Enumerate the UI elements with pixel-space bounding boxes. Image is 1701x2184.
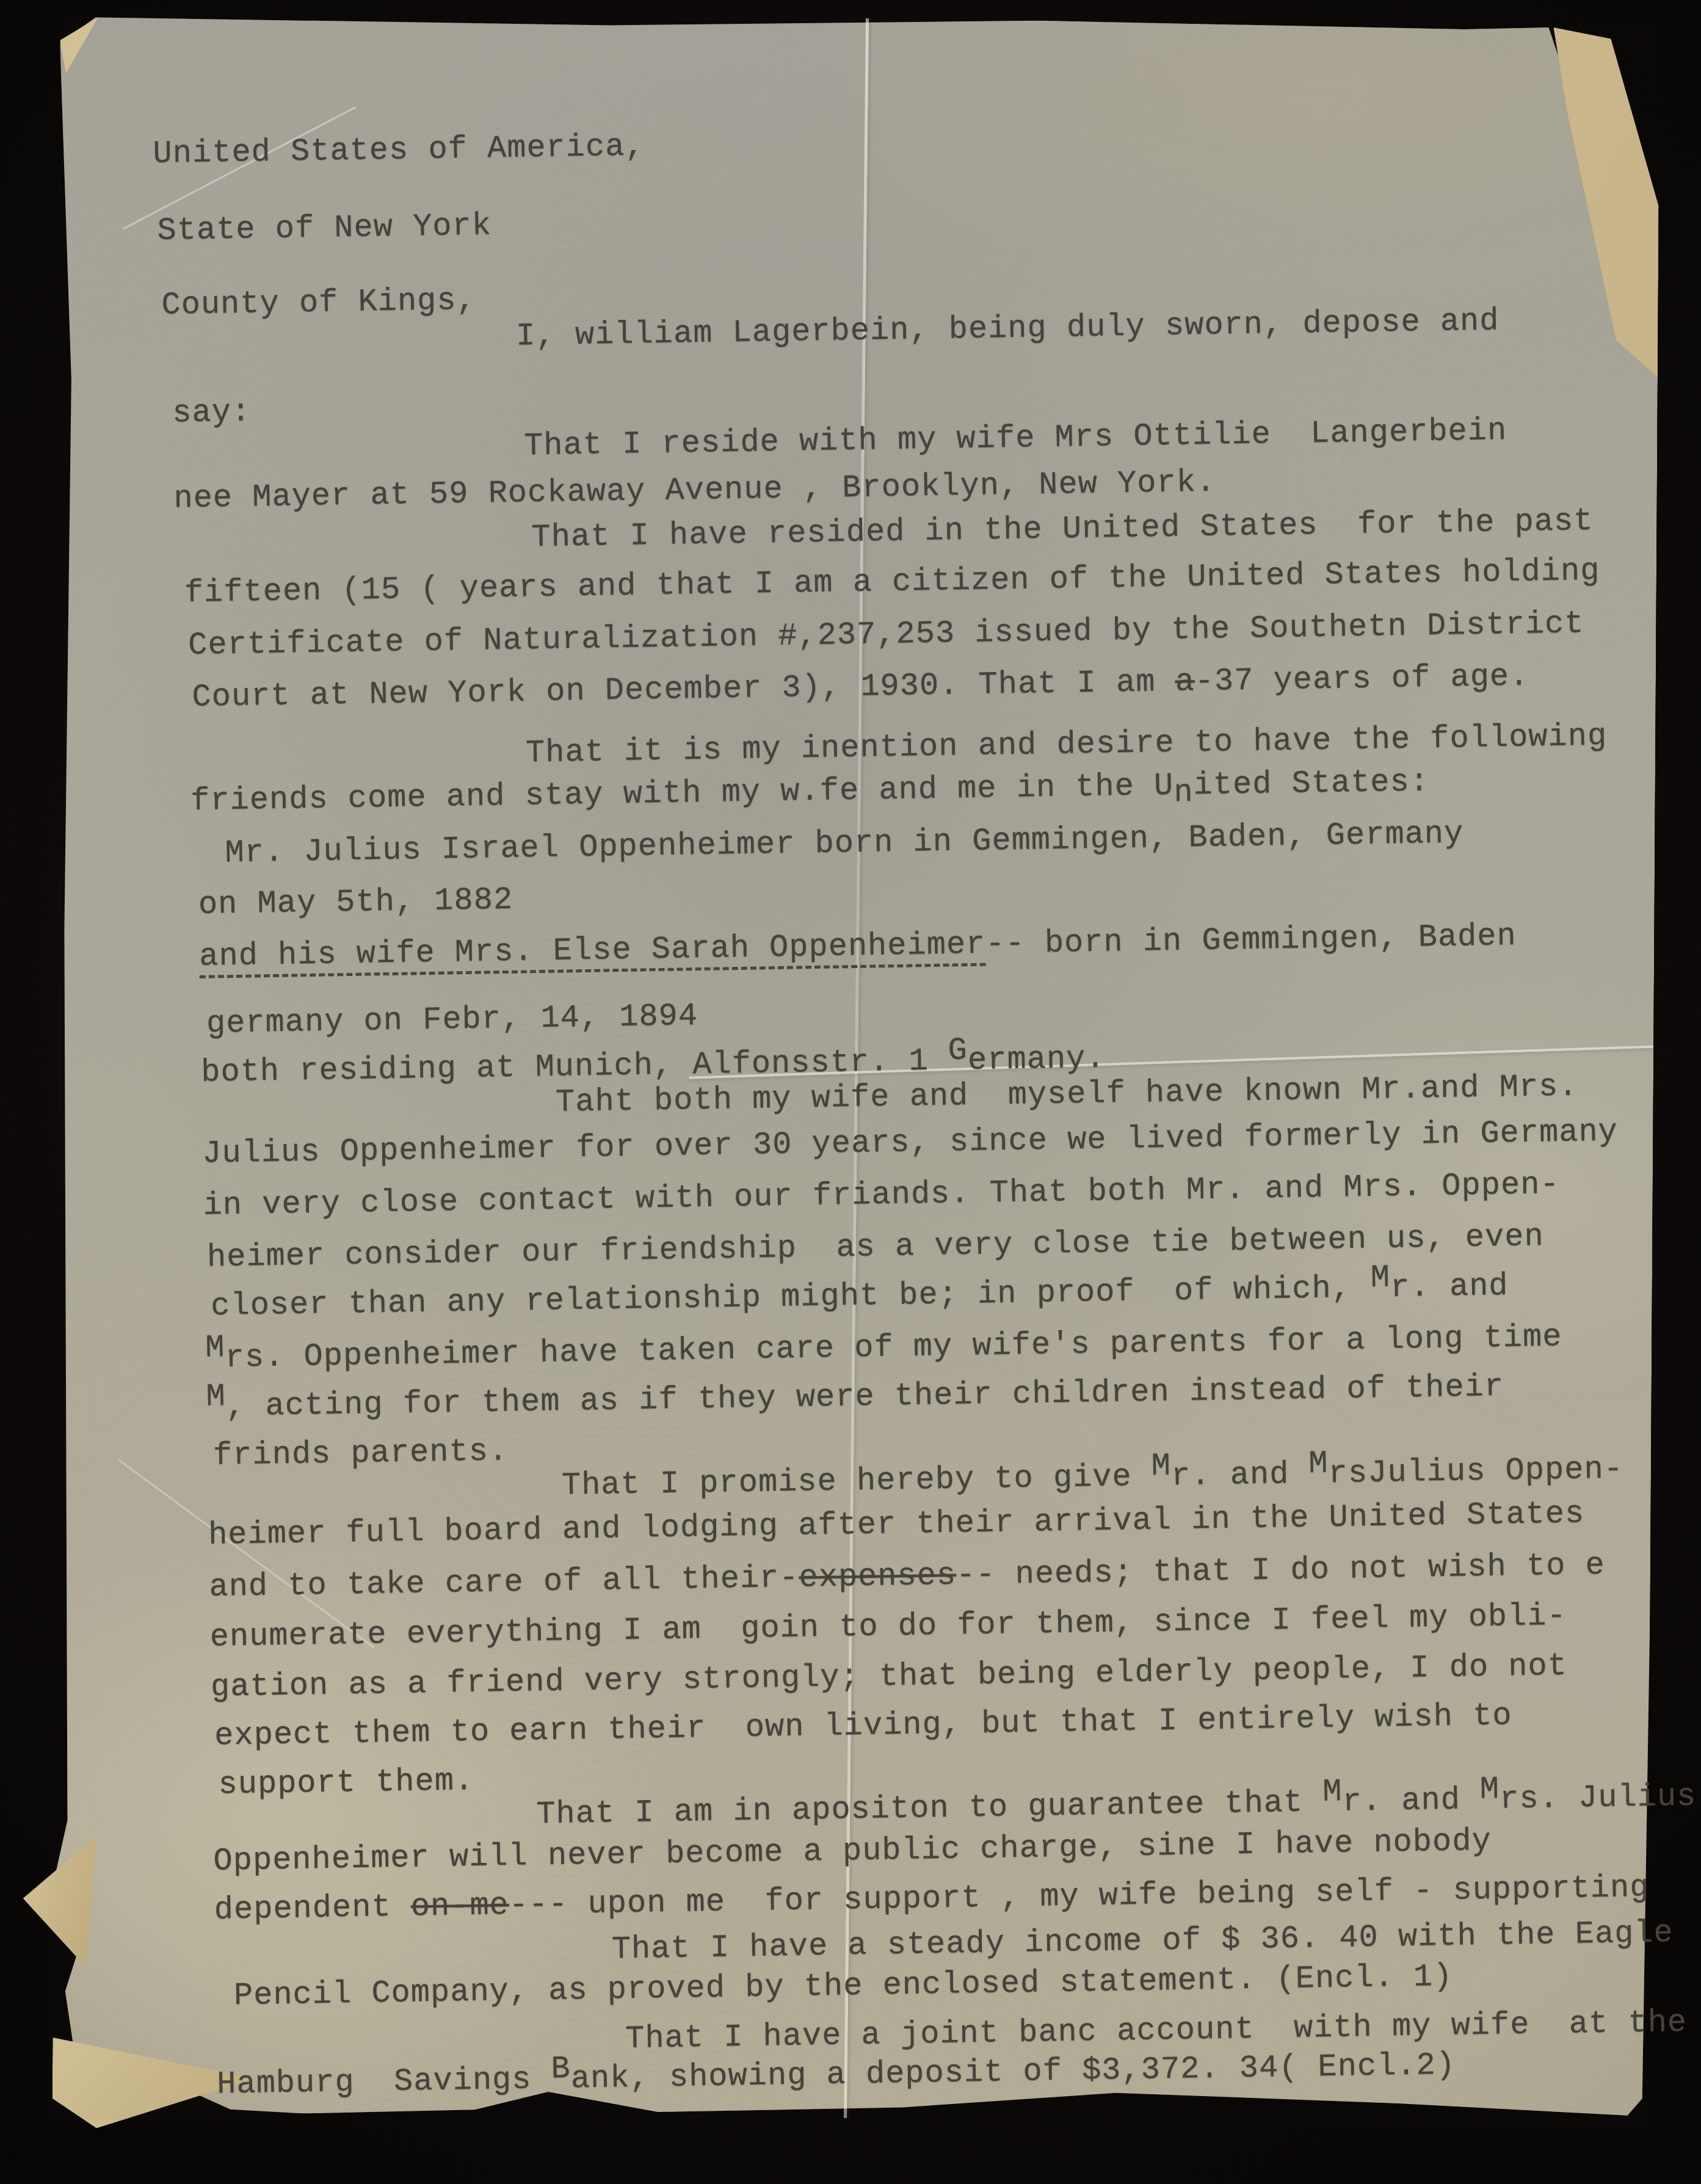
line-citizenship-1: That I have resided in the United States… <box>531 505 1594 554</box>
text-segment: closer than any relationship might be; i… <box>211 1273 1371 1323</box>
line-friendship-6: Mrs. Oppenheimer have taken care of my w… <box>205 1322 1562 1375</box>
line-citizenship-3: Certificate of Naturalization #,237,253 … <box>188 608 1584 662</box>
text-segment: fifteen (15 ( years and that I am a citi… <box>184 555 1600 609</box>
text-segment: That I have a steady income of $ 36. 40 … <box>612 1917 1674 1965</box>
line-promise-7: support them. <box>218 1765 474 1801</box>
line-julius: Mr. Julius Israel Oppenheimer born in Ge… <box>225 818 1463 869</box>
text-segment: M <box>1370 1262 1390 1294</box>
text-segment: Certificate of Naturalization #,237,253 … <box>188 608 1584 662</box>
text-segment: County of Kings, <box>161 285 476 322</box>
text-segment: -37 years of age. <box>1194 661 1529 698</box>
text-segment: expect them to earn their own living, bu… <box>214 1700 1512 1752</box>
text-segment: Hamburg Savings <box>217 2064 551 2101</box>
text-segment: say: <box>172 396 252 429</box>
line-residence-1: That I reside with my wife Mrs Ottilie L… <box>524 415 1507 462</box>
text-segment: heimer full board and lodging after thei… <box>208 1498 1585 1551</box>
text-segment: a <box>1175 666 1195 698</box>
text-segment: That I have a joint banc account with my… <box>625 2007 1688 2055</box>
text-segment: M <box>1322 1776 1343 1808</box>
text-segment: ank, showing a deposit of $3,372. 34( En… <box>571 2050 1456 2095</box>
typewritten-text-layer: United States of America,State of New Yo… <box>56 0 1689 2121</box>
text-segment: on-me <box>410 1890 509 1923</box>
text-segment: enumerate everything I am goin to do for… <box>209 1600 1567 1654</box>
text-segment: dependent <box>214 1892 411 1926</box>
text-segment: B <box>551 2053 571 2085</box>
text-segment: Oppenheimer will never become a public c… <box>213 1826 1492 1878</box>
text-segment: frinds parents. <box>213 1436 509 1472</box>
text-segment: --- upon me for support , my wife being … <box>509 1872 1649 1922</box>
line-deponent-intro: I, william Lagerbein, being duly sworn, … <box>516 305 1500 352</box>
text-segment: Court at New York on December 3), 1930. … <box>192 667 1175 714</box>
text-segment: r. and <box>1342 1784 1480 1818</box>
text-segment: That it is my inention and desire to hav… <box>526 721 1608 770</box>
line-promise-5: gation as a friend very strongly; that b… <box>211 1651 1568 1704</box>
text-segment: and to take care of all their- <box>209 1563 799 1604</box>
text-segment: G <box>948 1035 968 1066</box>
text-segment: United States of America, <box>153 131 645 170</box>
line-friendship-7: M, acting for them as if they were their… <box>206 1371 1504 1423</box>
text-segment: in very close contact with our friands. … <box>203 1169 1560 1222</box>
text-segment: M <box>1151 1450 1171 1482</box>
text-segment: r. and <box>1390 1270 1509 1304</box>
text-segment: rsJulius Oppen- <box>1328 1453 1623 1490</box>
line-else-birthdate: germany on Febr, 14, 1894 <box>206 1000 698 1040</box>
text-segment: rs. Oppenheimer have taken care of my wi… <box>225 1322 1562 1374</box>
text-segment: support them. <box>218 1765 474 1801</box>
text-segment: Julius Oppenheimer for over 30 years, si… <box>202 1116 1618 1170</box>
text-segment: friends come and stay with my w.fe and m… <box>190 770 1174 817</box>
line-income-1: That I have a steady income of $ 36. 40 … <box>612 1917 1674 1965</box>
text-segment: -- needs; that I do not wish to e <box>956 1550 1605 1592</box>
line-friendship-8: frinds parents. <box>213 1436 509 1472</box>
line-say: say: <box>172 396 252 429</box>
line-intention-1: That it is my inention and desire to hav… <box>526 721 1608 770</box>
text-segment: ermany. <box>968 1043 1106 1077</box>
line-citizenship-4: Court at New York on December 3), 1930. … <box>192 661 1529 714</box>
text-segment: n <box>1173 777 1194 809</box>
line-friendship-4: heimer consider our friendship as a very… <box>207 1221 1544 1273</box>
line-friendship-2: Julius Oppenheimer for over 30 years, si… <box>202 1116 1618 1170</box>
text-segment: gation as a friend very strongly; that b… <box>211 1651 1568 1704</box>
text-segment: rs. Julius <box>1500 1781 1697 1816</box>
text-segment: I, william Lagerbein, being duly sworn, … <box>516 305 1500 352</box>
text-segment: That I promise hereby to give <box>562 1461 1152 1502</box>
text-segment: nee Mayer at 59 Rockaway Avenue , Brookl… <box>173 467 1216 515</box>
text-segment: M <box>1479 1774 1500 1806</box>
line-citizenship-2: fifteen (15 ( years and that I am a citi… <box>184 555 1600 609</box>
line-jurisdiction-county: County of Kings, <box>161 285 476 322</box>
text-segment: That I have resided in the United States… <box>531 505 1594 554</box>
line-guarantee-1: That I am in apositon to guarantee that … <box>536 1781 1697 1831</box>
line-friendship-5: closer than any relationship might be; i… <box>211 1270 1509 1322</box>
line-intention-2: friends come and stay with my w.fe and m… <box>190 766 1430 817</box>
text-segment: That I am in apositon to guarantee that <box>536 1787 1323 1831</box>
line-income-2: Pencil Company, as proved by the enclose… <box>234 1961 1453 2012</box>
line-else: and his wife Mrs. Else Sarah Oppenheimer… <box>199 920 1517 978</box>
line-bank-2: Hamburg Savings Bank, showing a deposit … <box>217 2050 1456 2101</box>
line-julius-birthdate: on May 5th, 1882 <box>198 884 513 921</box>
text-segment: r. and <box>1171 1458 1309 1492</box>
text-segment: expenses <box>799 1560 956 1594</box>
line-residence-2: nee Mayer at 59 Rockaway Avenue , Brookl… <box>173 467 1216 515</box>
line-jurisdiction-country: United States of America, <box>153 131 645 170</box>
line-promise-3: and to take care of all their-expenses--… <box>209 1550 1605 1604</box>
text-segment: That I reside with my wife Mrs Ottilie L… <box>524 415 1507 462</box>
text-segment: heimer consider our friendship as a very… <box>207 1221 1544 1273</box>
text-segment: M <box>206 1381 226 1413</box>
text-segment: Pencil Company, as proved by the enclose… <box>234 1961 1453 2012</box>
line-promise-1: That I promise hereby to give Mr. and Mr… <box>562 1453 1624 1502</box>
text-segment: ited States: <box>1193 766 1429 801</box>
text-segment: Mr. Julius Israel Oppenheimer born in Ge… <box>225 818 1463 869</box>
line-bank-1: That I have a joint banc account with my… <box>625 2007 1688 2055</box>
text-segment: -- born in Gemmingen, Baden <box>985 920 1517 961</box>
line-promise-6: expect them to earn their own living, bu… <box>214 1700 1512 1752</box>
text-segment: State of New York <box>157 210 491 247</box>
text-segment: , acting for them as if they were their … <box>226 1371 1504 1423</box>
line-jurisdiction-state: State of New York <box>157 210 491 247</box>
text-segment: M <box>1308 1448 1329 1480</box>
line-friendship-3: in very close contact with our friands. … <box>203 1169 1560 1222</box>
affidavit-page: United States of America,State of New Yo… <box>47 13 1659 2129</box>
text-segment: on May 5th, 1882 <box>198 884 513 921</box>
text-segment: and his wife Mrs. Else Sarah Oppenheimer <box>199 929 986 978</box>
line-guarantee-2: Oppenheimer will never become a public c… <box>213 1826 1492 1878</box>
text-segment: germany on Febr, 14, 1894 <box>206 1000 698 1040</box>
line-promise-4: enumerate everything I am goin to do for… <box>209 1600 1567 1654</box>
line-promise-2: heimer full board and lodging after thei… <box>208 1498 1585 1551</box>
text-segment: M <box>205 1332 225 1364</box>
